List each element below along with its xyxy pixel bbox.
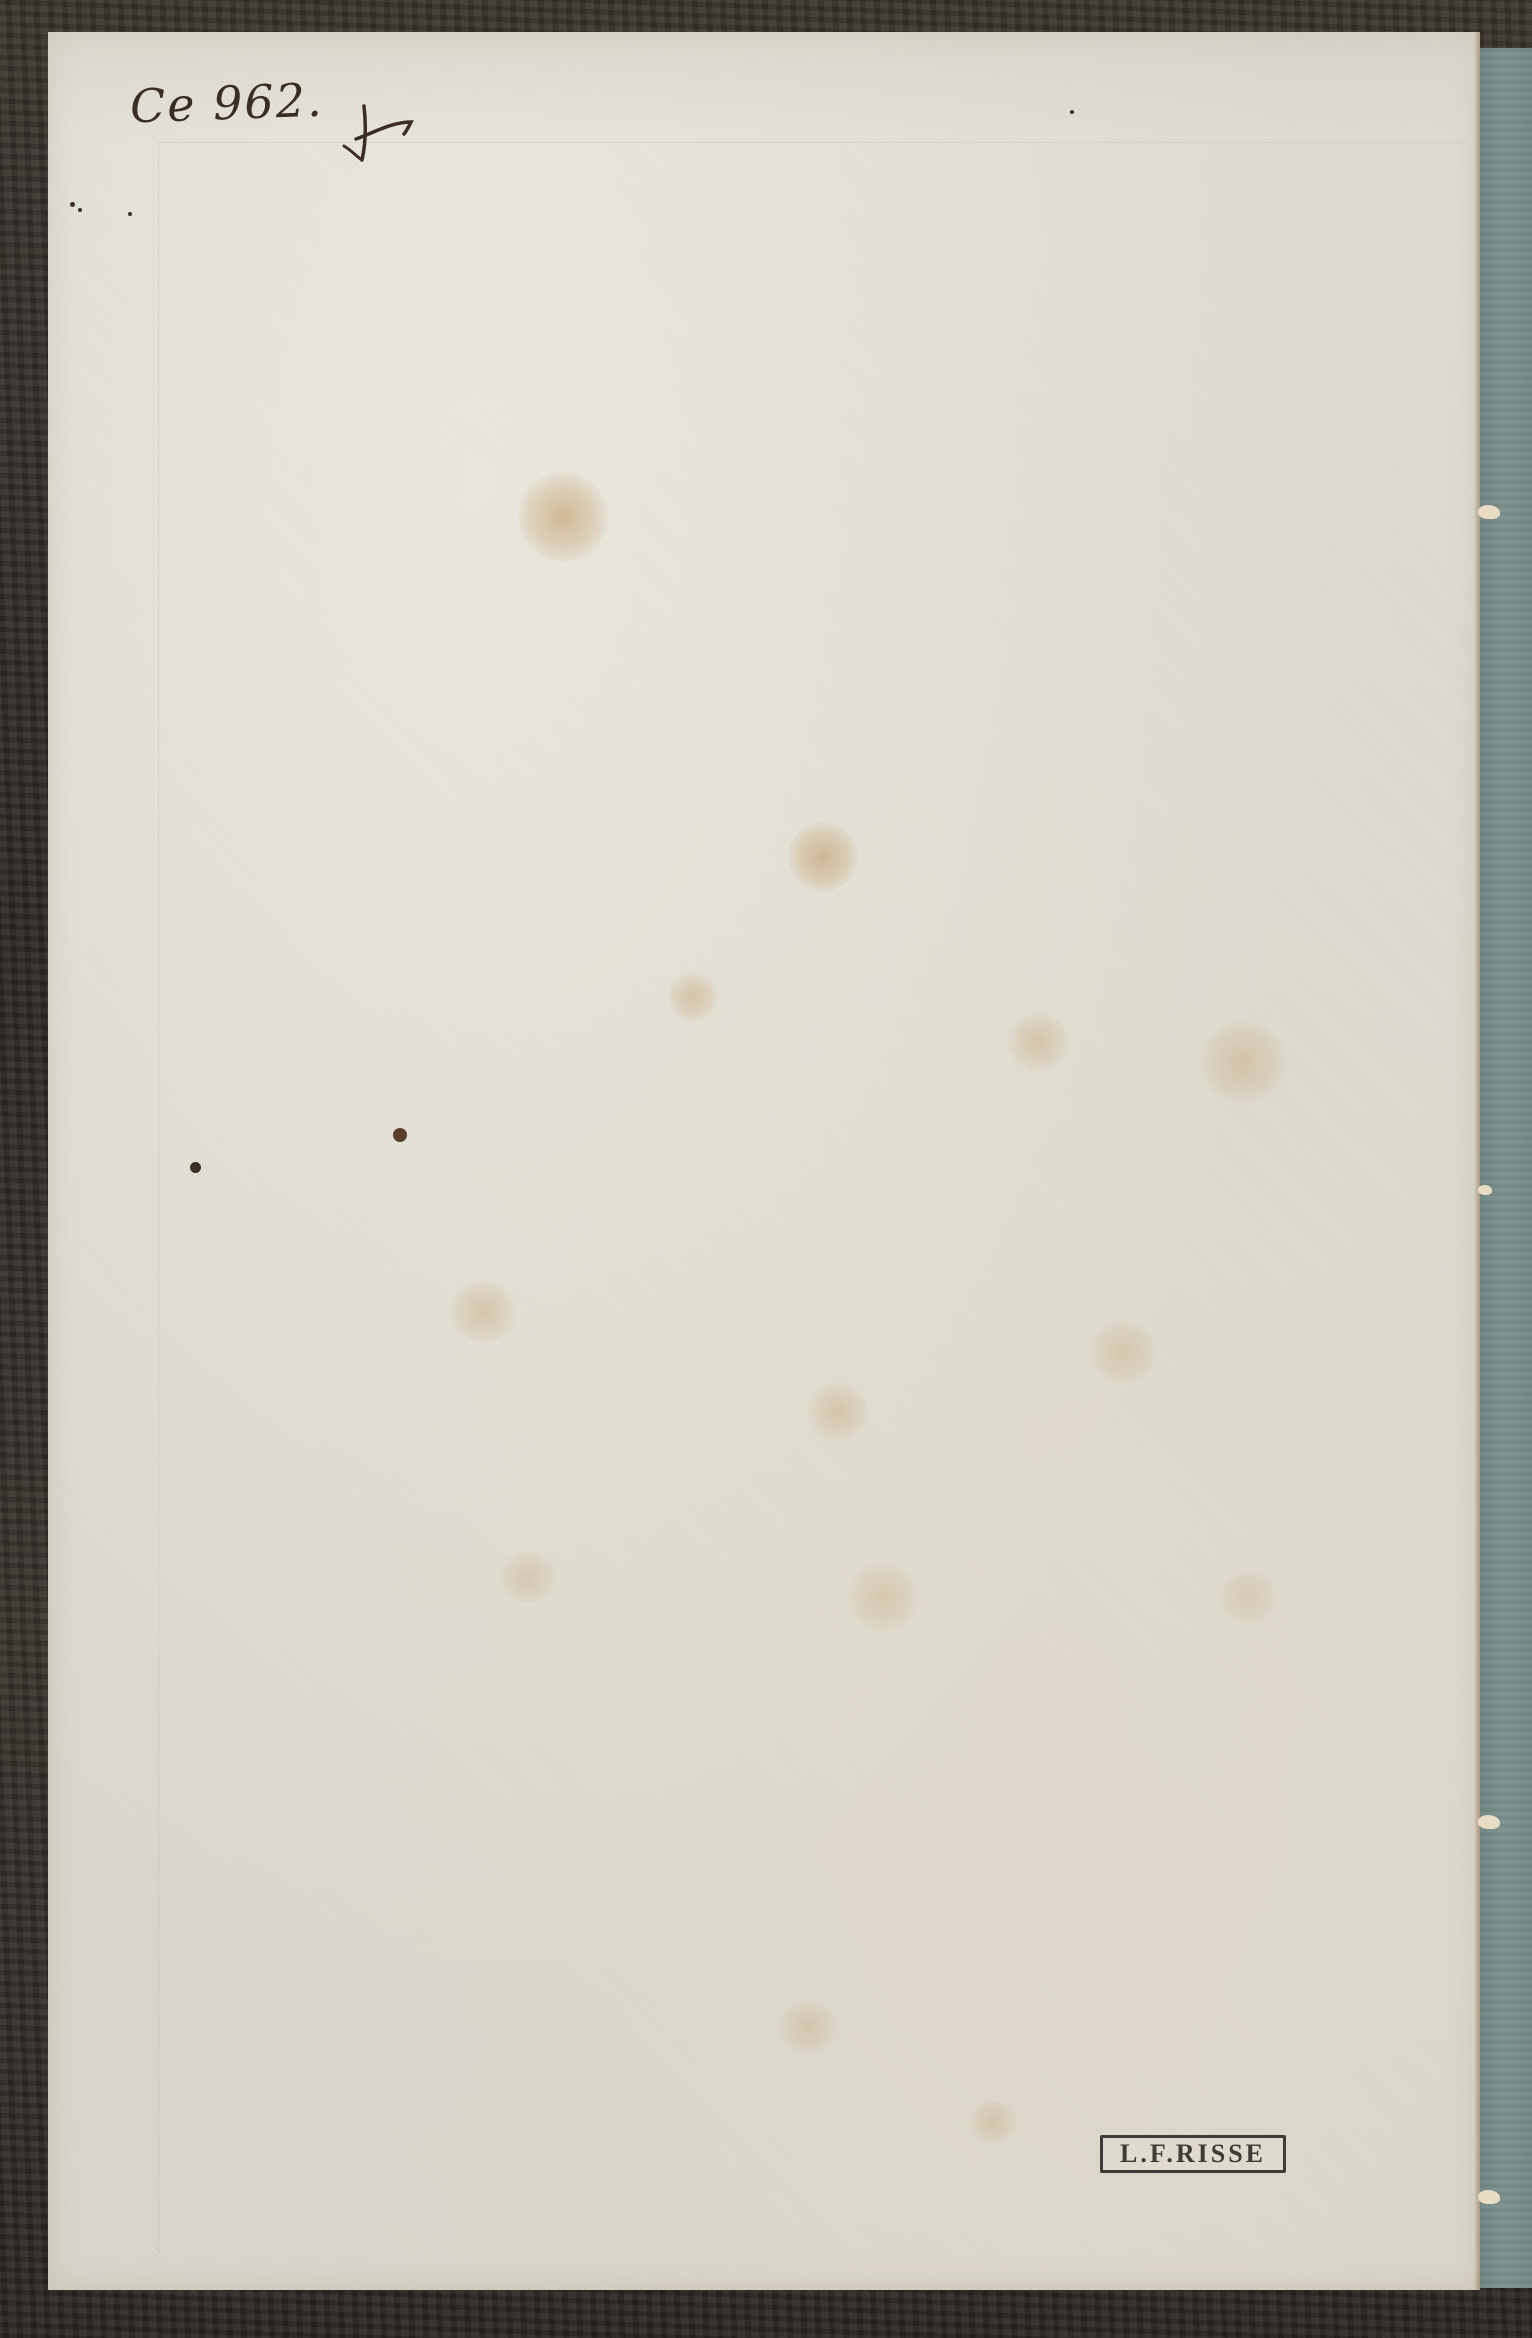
paper-nub — [1478, 1185, 1492, 1195]
foxing-stain — [498, 1552, 558, 1602]
ink-speck — [1070, 110, 1074, 114]
ink-speck — [78, 208, 82, 212]
paper-nub — [1478, 505, 1500, 519]
foxing-stain — [808, 1382, 868, 1442]
ink-speck — [70, 202, 75, 207]
foxing-stain — [1008, 1012, 1068, 1072]
foxing-stain — [1218, 1572, 1278, 1622]
cross-mark-icon — [336, 94, 416, 164]
foxing-stain — [1198, 1022, 1288, 1102]
scanned-page: Ce 962. L.F.RISSE — [0, 0, 1532, 2338]
paper-nub — [1478, 1815, 1500, 1829]
plate-mark — [158, 142, 1469, 2253]
paper-leaf: Ce 962. L.F.RISSE — [48, 32, 1480, 2290]
handwritten-shelfmark: Ce 962. — [129, 73, 324, 134]
foxing-stain — [518, 472, 608, 562]
ink-speck — [190, 1162, 201, 1173]
foxing-stain — [968, 2102, 1018, 2142]
foxing-stain — [788, 822, 858, 892]
foxing-stain — [1088, 1322, 1158, 1382]
owner-stamp: L.F.RISSE — [1100, 2135, 1286, 2173]
page-edge — [1474, 32, 1480, 2290]
foxing-stain — [448, 1282, 518, 1342]
paper-nub — [1478, 2190, 1500, 2204]
foxing-stain — [668, 972, 718, 1022]
endpaper — [1478, 48, 1532, 2288]
ink-speck — [128, 212, 132, 216]
foxing-stain — [848, 1562, 918, 1632]
foxing-stain — [778, 2002, 838, 2052]
ink-speck — [393, 1128, 407, 1142]
